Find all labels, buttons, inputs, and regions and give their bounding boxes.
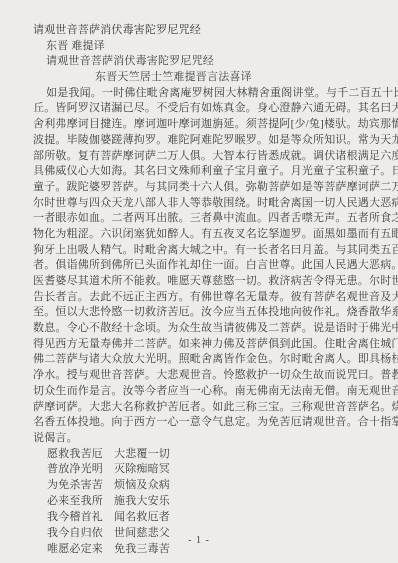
body-line: 数息。令心不散经十念顷。为众生故当请彼佛及二菩萨。说是语时于佛光中， xyxy=(33,321,373,337)
sutra-inner-title: 请观世音菩萨消伏毒害陀罗尼咒经 xyxy=(33,54,373,70)
verse-line: 普放净光明灭除痴暗冥 xyxy=(33,462,373,478)
scanned-sutra-page: 请观世音菩萨消伏毒害陀罗尼咒经 东晋 难提译 请观世音菩萨消伏毒害陀罗尼咒经 东… xyxy=(0,0,398,563)
body-line: 名香五体投地。向于西方一心一意令气息定。为免苦厄请观世音。合十指掌而 xyxy=(33,415,373,431)
verse-line: 必来至我所施我大安乐 xyxy=(33,494,373,510)
verse-right: 烦恼及众病 xyxy=(114,479,170,491)
body-line: 物化为粗涩。六识闭塞犹如醉人。有五夜叉名讫拏迦罗。面黑如墨而有五眼。 xyxy=(33,227,373,243)
verse-left: 为免杀害苦 xyxy=(47,478,114,494)
body-line: 切众生而作是言。汝等今者应当一心称。南无佛南无法南无僧。南无观世音菩 xyxy=(33,384,373,400)
verse-right: 闻名救厄者 xyxy=(114,511,170,523)
body-line: 尔时世尊与四众天龙八部人非人等恭敬围绕。时毗舍离国一切人民遇大恶病 xyxy=(33,196,373,212)
body-line: 净水。授与观世音菩萨。大悲观世音。怜愍救护一切众生故而说咒曰。普教一 xyxy=(33,368,373,384)
sutra-title: 请观世音菩萨消伏毒害陀罗尼咒经 xyxy=(33,23,373,39)
body-line: 舍利弗摩诃目揵连。摩诃迦叶摩诃迦旃延。须菩提阿[少/兔]楼驮。劫宾那憍梵 xyxy=(33,117,373,133)
verse-left: 愿救我苦厄 xyxy=(47,447,114,463)
page-number: - 1 - xyxy=(188,535,210,546)
verse-left: 唯愿必定来 xyxy=(47,542,114,558)
body-line: 医耆婆尽其道术所不能救。唯愿天尊慈愍一切。救济病苦令得无患。尔时世尊 xyxy=(33,274,373,290)
verse-right: 免我三毒苦 xyxy=(114,543,170,555)
verse-left: 我今稽首礼 xyxy=(47,510,114,526)
verse-left: 我今自归依 xyxy=(47,526,114,542)
verse-line: 愿救我苦厄大悲覆一切 xyxy=(33,447,373,463)
body-line: 告长者言。去此不远正主西方。有佛世尊名无量寿。彼有菩萨名观世音及大势 xyxy=(33,290,373,306)
body-line: 萨摩诃萨。大悲大名称救护苦厄者。如此三称三宝。三称观世音菩萨名。烧众 xyxy=(33,400,373,416)
body-line: 丘。皆阿罗汉诸漏已尽。不受后有如炼真金。身心澄静六通无碍。其名曰大智 xyxy=(33,101,373,117)
verse-right: 施我大安乐 xyxy=(114,495,170,507)
body-line: 具佛威仪心大如海。其名曰文殊师利童子宝月童子。月光童子宝积童子。日藏 xyxy=(33,164,373,180)
body-line: 佛二菩萨与诸大众放大光明。照毗舍离皆作金色。尔时毗舍离人。即具杨枝 xyxy=(33,352,373,368)
body-line: 至。恒以大悲怜愍一切救济苦厄。汝今应当五体投地向彼作礼。烧香散华系念 xyxy=(33,305,373,321)
body-line: 得见西方无量寿佛并二菩萨。如来神力佛及菩萨俱到此国。住毗舍离住城门阃 xyxy=(33,337,373,353)
body-line: 一者眼赤如血。二者两耳出脓。三者鼻中流血。四者舌噤无声。五者所食之 xyxy=(33,211,373,227)
verse-right: 灭除痴暗冥 xyxy=(114,463,170,475)
body-line: 童子。跋陀婆罗菩萨。与其同类十六人俱。弥勒菩萨如是等菩萨摩诃萨二万人 xyxy=(33,180,373,196)
body-line: 狗牙上出吸人精气。时毗舍离大城之中。有一长者名曰月盖。与其同类五百长 xyxy=(33,243,373,259)
verse-line: 我今稽首礼闻名救厄者 xyxy=(33,510,373,526)
translator-attribution-short: 东晋 难提译 xyxy=(33,39,373,55)
sutra-text-column: 请观世音菩萨消伏毒害陀罗尼咒经 东晋 难提译 请观世音菩萨消伏毒害陀罗尼咒经 东… xyxy=(33,23,373,558)
body-line: 波提。毕陵伽婆蹉薄拘罗。难陀阿难陀罗睺罗。如是等众所知识。常为天龙八 xyxy=(33,133,373,149)
body-line: 说偈言。 xyxy=(33,431,373,447)
verse-line: 为免杀害苦烦恼及众病 xyxy=(33,478,373,494)
body-line: 如是我闻。一时佛住毗舍离庵罗树园大林精舍重阁讲堂。与千二百五十比 xyxy=(33,86,373,102)
body-line: 者。俱诣佛所到佛所已头面作礼却住一面。白言世尊。此国人民遇大恶病。良 xyxy=(33,258,373,274)
body-line: 部所敬。复有菩萨摩诃萨二万人俱。大智本行皆悉成就。调伏诸根满足六度。 xyxy=(33,149,373,165)
verse-left: 必来至我所 xyxy=(47,494,114,510)
verse-right: 大悲覆一切 xyxy=(114,448,170,460)
verse-left: 普放净光明 xyxy=(47,462,114,478)
verse-right: 世间慈悲父 xyxy=(114,527,170,539)
translator-attribution-full: 东晋天竺居士竺难提晋言法喜译 xyxy=(33,70,373,86)
